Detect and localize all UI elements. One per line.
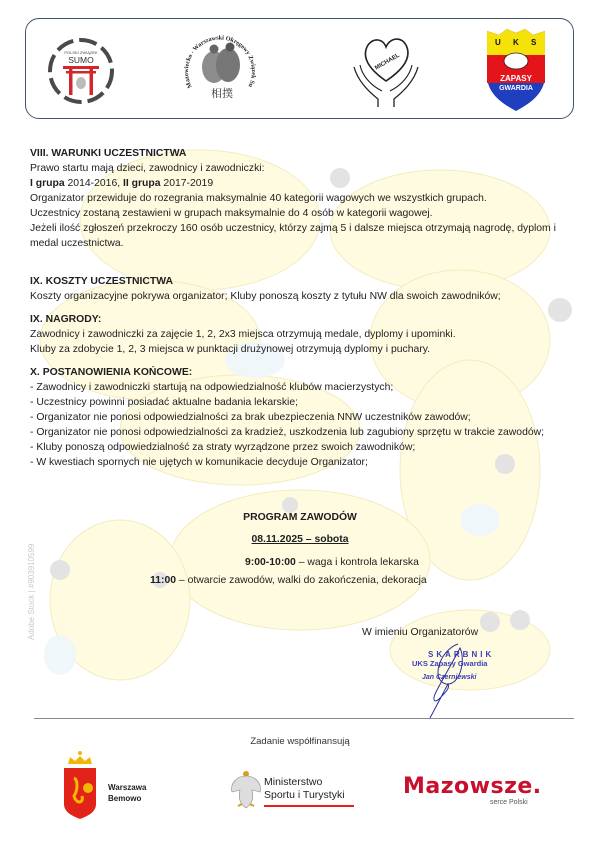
awards-title: IX. NAGRODY: <box>30 312 575 327</box>
regulations-content: VIII. WARUNKI UCZESTNICTWA Prawo startu … <box>30 146 575 470</box>
polski-zwiazek-sumo-logo: POLSKI ZWIĄZEK SUMO <box>43 33 119 109</box>
final-item: - Zawodnicy i zawodniczki startują na od… <box>30 380 575 395</box>
uks-line2: GWARDIA <box>499 85 533 92</box>
program-entry-time: 9:00-10:00 <box>245 557 296 568</box>
conditions-title: VIII. WARUNKI UCZESTNICTWA <box>30 146 575 161</box>
sponsor-line: Warszawa <box>108 782 146 793</box>
group1-years: 2014-2016, <box>65 178 123 189</box>
header-logo-box: POLSKI ZWIĄZEK SUMO Mazowiecko - Warszaw… <box>25 18 574 119</box>
mazowsze-wordmark: Mazowsze. <box>403 775 542 799</box>
mazowsze-tagline: serce Polski <box>403 799 528 806</box>
final-title: X. POSTANOWIENIA KOŃCOWE: <box>30 365 575 380</box>
pzs-caption-main: SUMO <box>68 55 94 65</box>
ministry-red-underline <box>264 805 354 807</box>
conditions-intro: Prawo startu mają dzieci, zawodnicy i za… <box>30 161 575 176</box>
conditions-line1: Organizator przewiduje do rozegrania mak… <box>30 191 575 206</box>
program-entry-desc: – otwarcie zawodów, walki do zakończenia… <box>176 575 427 586</box>
cofinance-label: Zadanie współfinansują <box>0 736 600 747</box>
michael-logo: MICHAEL <box>348 29 424 109</box>
awards-line1: Zawodnicy i zawodniczki za zajęcie 1, 2,… <box>30 327 575 342</box>
program-entry: 11:00 – otwarcie zawodów, walki do zakoń… <box>150 575 427 586</box>
uks-letter-k: K <box>513 38 519 47</box>
conditions-groups: I grupa 2014-2016, II grupa 2017-2019 <box>30 176 575 191</box>
warszawa-bemowo-crest <box>60 750 100 820</box>
stock-watermark: Adobe Stock | #903910599 <box>27 544 36 640</box>
handwritten-signature <box>420 640 480 720</box>
awards-line2: Kluby za zdobycie 1, 2, 3 miejsca w punk… <box>30 342 575 357</box>
program-title: PROGRAM ZAWODÓW <box>0 512 600 523</box>
sponsor-line: Bemowo <box>108 793 146 804</box>
conditions-line2: Uczestnicy zostaną zestawieni w grupach … <box>30 206 575 221</box>
costs-title: IX. KOSZTY UCZESTNICTWA <box>30 274 575 289</box>
uks-letter-u: U <box>495 38 501 47</box>
group2-label: II grupa <box>123 178 161 189</box>
sponsor-line: Sportu i Turystyki <box>264 789 354 802</box>
final-item: - Organizator nie ponosi odpowiedzialnoś… <box>30 410 575 425</box>
sponsor-warszawa-bemowo: Warszawa Bemowo <box>108 782 146 804</box>
final-item: - W kwestiach spornych nie ujętych w kom… <box>30 455 575 470</box>
sponsor-mazowsze: Mazowsze. serce Polski <box>403 775 542 806</box>
costs-text: Koszty organizacyjne pokrywa organizator… <box>30 289 575 304</box>
group1-label: I grupa <box>30 178 65 189</box>
mwozs-kanji: 相撲 <box>211 86 233 100</box>
polish-eagle-emblem <box>228 768 264 810</box>
program-date: 08.11.2025 – sobota <box>0 534 600 545</box>
program-entry: 9:00-10:00 – waga i kontrola lekarska <box>245 557 419 568</box>
signature-intro: W imieniu Organizatorów <box>362 627 478 638</box>
group2-years: 2017-2019 <box>161 178 214 189</box>
uks-letter-s: S <box>531 38 537 47</box>
program-entry-desc: – waga i kontrola lekarska <box>296 557 419 568</box>
mwozs-logo: Mazowiecko - Warszawski Okręgowy Związek… <box>178 27 262 111</box>
program-entry-time: 11:00 <box>150 575 176 586</box>
final-item: - Organizator nie ponosi odpowiedzialnoś… <box>30 425 575 440</box>
final-item: - Uczestnicy powinni posiadać aktualne b… <box>30 395 575 410</box>
footer-divider <box>34 718 574 719</box>
final-item: - Kluby ponoszą odpowiedzialność za stra… <box>30 440 575 455</box>
uks-line1: ZAPASY <box>500 74 533 83</box>
sponsor-line: Ministerstwo <box>264 776 354 789</box>
conditions-line3: Jeżeli ilość zgłoszeń przekroczy 160 osó… <box>30 221 575 251</box>
sponsor-ministerstwo: Ministerstwo Sportu i Turystyki <box>264 776 354 807</box>
uks-zapasy-gwardia-logo: U K S ZAPASY GWARDIA <box>481 25 551 113</box>
